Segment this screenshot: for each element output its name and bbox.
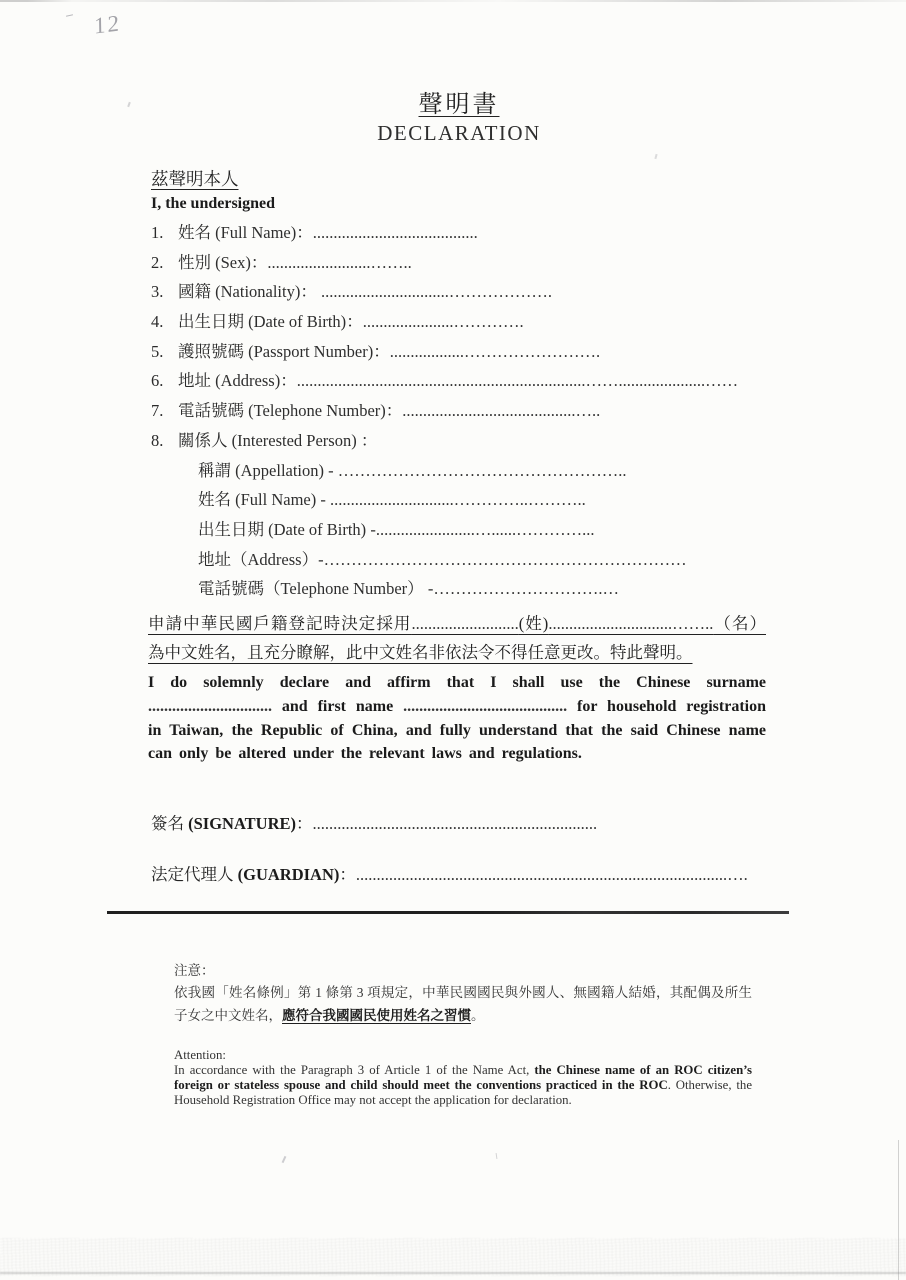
field-label-chinese: 地址 (178, 371, 211, 390)
field-label-chinese: 性別 (178, 253, 211, 272)
document-header: 聲明書 DECLARATION (6, 84, 906, 146)
field-label-chinese: 姓名 (178, 223, 211, 242)
field-label-english: (Full Name) (211, 223, 296, 242)
guardian-colon: ： (339, 865, 356, 884)
field-address: 6.地址 (Address)：.........................… (151, 366, 767, 396)
title-chinese: 聲明書 (6, 84, 906, 119)
guardian-label-english: (GUARDIAN) (234, 865, 340, 884)
subfield-appellation: 稱謂 (Appellation) - …………………………………………….. (151, 456, 767, 486)
subfield-label-english: （Address） (231, 550, 318, 569)
field-full-name: 1.姓名 (Full Name)：.......................… (151, 218, 767, 248)
field-blank-line: ..................……………………. (390, 342, 600, 361)
field-colon: ： (296, 223, 313, 242)
pencil-page-number: 12 (94, 10, 121, 39)
field-label-chinese: 關係人 (178, 431, 228, 450)
subfield-label-chinese: 地址 (198, 550, 231, 569)
field-blank-line: ...............................………………. (321, 282, 552, 301)
scan-speck (496, 1153, 498, 1159)
subfield-blank-line: ..............................…………..……….… (330, 490, 586, 509)
field-interested-person: 8.關係人 (Interested Person) ： (151, 426, 767, 456)
declaration-zh-pre: 申請中華民國戶籍登記時決定採用 (148, 614, 411, 633)
field-colon: ： (373, 342, 390, 361)
note-paragraph-english: In accordance with the Paragraph 3 of Ar… (174, 1063, 752, 1108)
note-paragraph-chinese: 依我國「姓名條例」第 1 條第 3 項規定，中華民國國民與外國人、無國籍人結婚，… (174, 982, 752, 1027)
field-number: 7. (151, 396, 178, 426)
declaration-en-seg2: and first name (282, 698, 403, 715)
signature-label-english: (SIGNATURE) (184, 814, 296, 833)
given-name-blank-line: ..............................…….. (548, 614, 713, 633)
subfield-dash: - (424, 579, 434, 598)
field-label-english: (Telephone Number) (244, 401, 386, 420)
intro-heading-english: I, the undersigned (151, 195, 767, 213)
scan-noise-bottom (0, 1238, 906, 1276)
field-blank-line: ......................…………. (363, 312, 524, 331)
scan-edge-top (0, 0, 906, 2)
field-number: 6. (151, 366, 178, 396)
field-label-chinese: 護照號碼 (178, 342, 244, 361)
field-label-chinese: 國籍 (178, 282, 211, 301)
notes-section: 注意： 依我國「姓名條例」第 1 條第 3 項規定，中華民國國民與外國人、無國籍… (174, 960, 752, 1108)
scan-edge-bottom (0, 1272, 906, 1274)
note-zh-period: 。 (471, 1008, 485, 1023)
field-label-chinese: 出生日期 (178, 312, 244, 331)
declaration-english-paragraph: I do solemnly declare and affirm that I … (148, 671, 766, 766)
subfield-blank-line: ........................…......…………... (376, 520, 595, 539)
separator-rule (107, 911, 789, 914)
field-colon: ： (357, 431, 378, 450)
field-date-of-birth: 4.出生日期 (Date of Birth)：.................… (151, 307, 767, 337)
subfield-label-english: (Date of Birth) (264, 520, 366, 539)
field-number: 3. (151, 277, 178, 307)
subfield-label-chinese: 稱謂 (198, 461, 231, 480)
surname-blank-line-en: ............................... (148, 698, 282, 715)
first-name-blank-line-en: ........................................… (403, 698, 577, 715)
note-heading-english: Attention: (174, 1048, 752, 1063)
subfield-blank-line: ………………………………………………………… (324, 550, 687, 569)
scan-speck (654, 154, 657, 159)
field-number: 4. (151, 307, 178, 337)
field-colon: ： (300, 282, 321, 301)
subfield-dash: - (366, 520, 376, 539)
signature-colon: ： (296, 814, 313, 833)
field-passport-number: 5.護照號碼 (Passport Number)：...............… (151, 337, 767, 367)
field-blank-line: .........................…….. (267, 253, 411, 272)
field-label-english: (Address) (211, 371, 280, 390)
note-en-text: In accordance with the Paragraph 3 of Ar… (174, 1063, 534, 1077)
subfield-blank-line: ………………………….… (433, 579, 619, 598)
subfield-dash: - (316, 490, 330, 509)
subfield-label-english: (Appellation) (231, 461, 324, 480)
subfield-label-english: (Full Name) (231, 490, 316, 509)
field-colon: ： (280, 371, 297, 390)
title-english: DECLARATION (6, 121, 906, 146)
field-label-english: (Interested Person) (228, 431, 357, 450)
field-nationality: 3.國籍 (Nationality)： ....................… (151, 277, 767, 307)
field-label-english: (Date of Birth) (244, 312, 346, 331)
subfield-label-chinese: 出生日期 (198, 520, 264, 539)
surname-label: (姓) (519, 614, 549, 633)
guardian-blank-line: ........................................… (356, 865, 748, 884)
field-number: 2. (151, 248, 178, 278)
field-number: 1. (151, 218, 178, 248)
declaration-en-seg1: I do solemnly declare and affirm that I … (148, 674, 766, 691)
declarant-info-section: 茲聲明本人 I, the undersigned 1.姓名 (Full Name… (151, 166, 767, 604)
surname-blank-line: .......................... (411, 614, 518, 633)
declaration-chinese-line1: 申請中華民國戶籍登記時決定採用.........................… (148, 610, 766, 639)
signature-blank-line: ........................................… (313, 814, 598, 833)
field-colon: ： (346, 312, 363, 331)
field-label-english: (Passport Number) (244, 342, 373, 361)
subfield-dash: - (324, 461, 338, 480)
field-number: 5. (151, 337, 178, 367)
document-page: 12 聲明書 DECLARATION 茲聲明本人 I, the undersig… (0, 0, 906, 1280)
signature-label-chinese: 簽名 (151, 814, 184, 833)
scan-speck (282, 1156, 287, 1163)
field-colon: ： (386, 401, 403, 420)
field-blank-line: ........................................… (297, 371, 738, 390)
field-telephone-number: 7.電話號碼 (Telephone Number)：..............… (151, 396, 767, 426)
intro-heading-chinese: 茲聲明本人 (151, 166, 767, 191)
field-sex: 2.性別 (Sex)：.........................…….. (151, 248, 767, 278)
declaration-chinese-line2: 為中文姓名，且充分瞭解，此中文姓名非依法令不得任意更改。特此聲明。 (148, 639, 766, 668)
subfield-label-english: （Telephone Number） (264, 579, 424, 598)
subfield-telephone-number: 電話號碼（Telephone Number） -………………………….… (151, 574, 767, 604)
field-label-chinese: 電話號碼 (178, 401, 244, 420)
subfield-label-chinese: 電話號碼 (198, 579, 264, 598)
given-name-label: （名） (713, 614, 766, 633)
field-colon: ： (251, 253, 268, 272)
declaration-statement-section: 申請中華民國戶籍登記時決定採用.........................… (148, 610, 766, 766)
guardian-label-chinese: 法定代理人 (151, 865, 234, 884)
field-blank-line: ........................................… (402, 401, 600, 420)
subfield-label-chinese: 姓名 (198, 490, 231, 509)
subfield-full-name: 姓名 (Full Name) - .......................… (151, 485, 767, 515)
signature-line: 簽名 (SIGNATURE)：.........................… (151, 810, 597, 834)
field-label-english: (Sex) (211, 253, 251, 272)
subfield-blank-line: …………………………………………….. (338, 461, 627, 480)
subfield-date-of-birth: 出生日期 (Date of Birth) -..................… (151, 515, 767, 545)
field-number: 8. (151, 426, 178, 456)
note-zh-emphasis: 應符合我國國民使用姓名之習慣 (282, 1008, 471, 1023)
note-heading-chinese: 注意： (174, 960, 752, 982)
scan-edge-right (898, 1140, 899, 1280)
field-label-english: (Nationality) (211, 282, 300, 301)
guardian-line: 法定代理人 (GUARDIAN)：.......................… (151, 861, 748, 885)
subfield-address: 地址（Address）-………………………………………………………… (151, 545, 767, 575)
scan-speck (66, 14, 73, 16)
field-blank-line: ........................................ (313, 223, 478, 242)
